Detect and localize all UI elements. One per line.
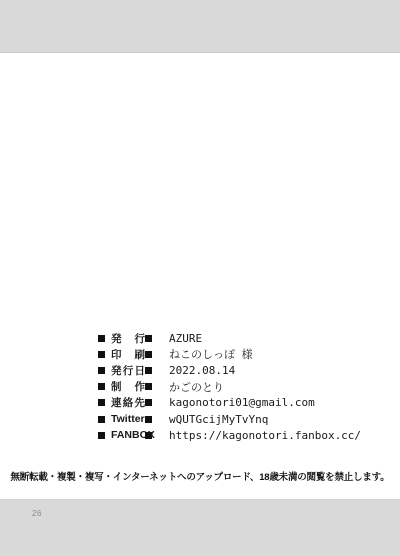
credit-value-twitter: wQUTGcijMyTvYnq [169,413,268,426]
viewer-bottom-band [0,499,400,556]
credit-value: かごのとり [169,379,224,395]
bullet-square-icon [145,416,152,423]
bullet-square-icon [98,335,105,342]
credit-row-publish-date: 発行日 2022.08.14 [98,362,361,378]
credit-value-fanbox-url: https://kagonotori.fanbox.cc/ [169,429,361,442]
credit-value: 2022.08.14 [169,364,235,377]
bullet-square-icon [145,351,152,358]
bullet-square-icon [98,416,105,423]
bullet-square-icon [145,335,152,342]
credit-label: Twitter [111,413,145,425]
copyright-disclaimer: 無断転載・複製・複写・インターネットへのアップロード、18歳未満の閲覧を禁止しま… [0,469,400,483]
credit-label: 発行 [111,331,145,346]
bullet-square-icon [145,367,152,374]
bullet-square-icon [145,399,152,406]
credit-row-twitter: Twitter wQUTGcijMyTvYnq [98,411,361,427]
bullet-square-icon [145,432,152,439]
credit-label: 制作 [111,379,145,394]
credit-value: ねこのしっぽ 様 [169,346,253,362]
bullet-square-icon [145,383,152,390]
credit-value-email: kagonotori01@gmail.com [169,396,315,409]
bullet-square-icon [98,383,105,390]
credit-value: AZURE [169,332,202,345]
credit-label: 印刷 [111,347,145,362]
page-number: 26 [32,508,42,520]
credit-row-fanbox: FANBOX https://kagonotori.fanbox.cc/ [98,427,361,443]
credits-list: 発行 AZURE 印刷 ねこのしっぽ 様 発行日 2022.08.14 制作 か… [98,330,361,443]
credit-label: 発行日 [111,363,145,378]
bullet-square-icon [98,351,105,358]
credit-row-printer: 印刷 ねこのしっぽ 様 [98,346,361,362]
credit-label: 連絡先 [111,395,145,410]
bullet-square-icon [98,432,105,439]
bullet-square-icon [98,367,105,374]
credit-label: FANBOX [111,429,145,441]
credit-row-contact: 連絡先 kagonotori01@gmail.com [98,395,361,411]
credit-row-author: 制作 かごのとり [98,379,361,395]
viewer-top-band [0,0,400,53]
credit-row-publisher: 発行 AZURE [98,330,361,346]
bullet-square-icon [98,399,105,406]
